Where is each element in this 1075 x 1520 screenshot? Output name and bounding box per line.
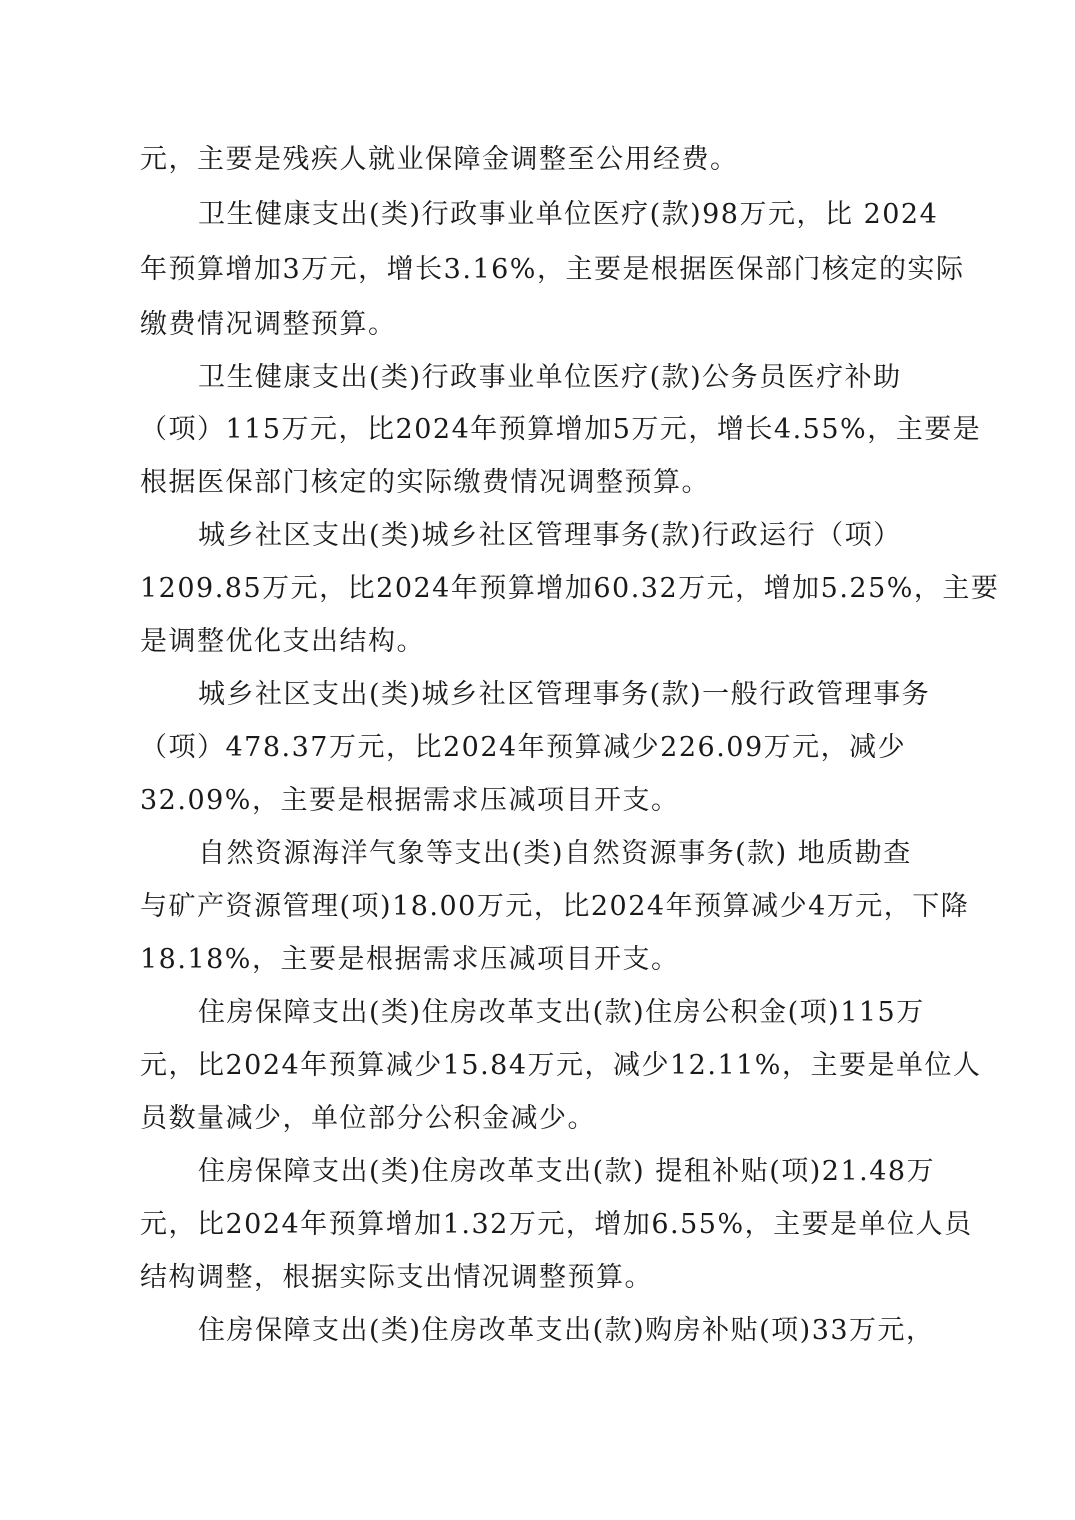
paragraph-line: 32.09%，主要是根据需求压减项目开支。 <box>140 783 679 819</box>
paragraph-line: 卫生健康支出(类)行政事业单位医疗(款)公务员医疗补助 <box>198 360 902 396</box>
paragraph-line: 员数量减少，单位部分公积金减少。 <box>140 1101 596 1137</box>
paragraph-line: 元，比2024年预算增加1.32万元，增加6.55%，主要是单位人员 <box>140 1207 973 1243</box>
paragraph-line: 根据医保部门核定的实际缴费情况调整预算。 <box>140 465 710 501</box>
paragraph-line: 住房保障支出(类)住房改革支出(款)住房公积金(项)115万 <box>198 995 925 1031</box>
paragraph-line: 与矿产资源管理(项)18.00万元，比2024年预算减少4万元，下降 <box>140 889 969 925</box>
paragraph-line: 卫生健康支出(类)行政事业单位医疗(款)98万元，比 2024 <box>198 197 938 233</box>
paragraph-line: 元，比2024年预算减少15.84万元，减少12.11%，主要是单位人 <box>140 1048 981 1084</box>
paragraph-line: 18.18%，主要是根据需求压减项目开支。 <box>140 942 679 978</box>
paragraph-line: 住房保障支出(类)住房改革支出(款)购房补贴(项)33万元， <box>198 1313 935 1349</box>
document-page: 元，主要是残疾人就业保障金调整至公用经费。 卫生健康支出(类)行政事业单位医疗(… <box>0 0 1075 1520</box>
paragraph-line: 缴费情况调整预算。 <box>140 307 397 343</box>
paragraph-line: 1209.85万元，比2024年预算增加60.32万元，增加5.25%，主要 <box>140 571 999 607</box>
paragraph-line: 结构调整，根据实际支出情况调整预算。 <box>140 1260 653 1296</box>
paragraph-line: 城乡社区支出(类)城乡社区管理事务(款)行政运行（项） <box>198 518 902 554</box>
paragraph-line: 住房保障支出(类)住房改革支出(款) 提租补贴(项)21.48万 <box>198 1154 935 1190</box>
paragraph-line: 城乡社区支出(类)城乡社区管理事务(款)一般行政管理事务 <box>198 677 930 713</box>
paragraph-line: （项）115万元，比2024年预算增加5万元，增长4.55%，主要是 <box>140 412 981 448</box>
paragraph-line: 元，主要是残疾人就业保障金调整至公用经费。 <box>140 142 739 178</box>
paragraph-line: 是调整优化支出结构。 <box>140 624 425 660</box>
paragraph-line: 自然资源海洋气象等支出(类)自然资源事务(款) 地质勘查 <box>198 836 912 872</box>
paragraph-line: 年预算增加3万元，增长3.16%，主要是根据医保部门核定的实际 <box>140 252 964 288</box>
paragraph-line: （项）478.37万元，比2024年预算减少226.09万元，减少 <box>140 730 906 766</box>
